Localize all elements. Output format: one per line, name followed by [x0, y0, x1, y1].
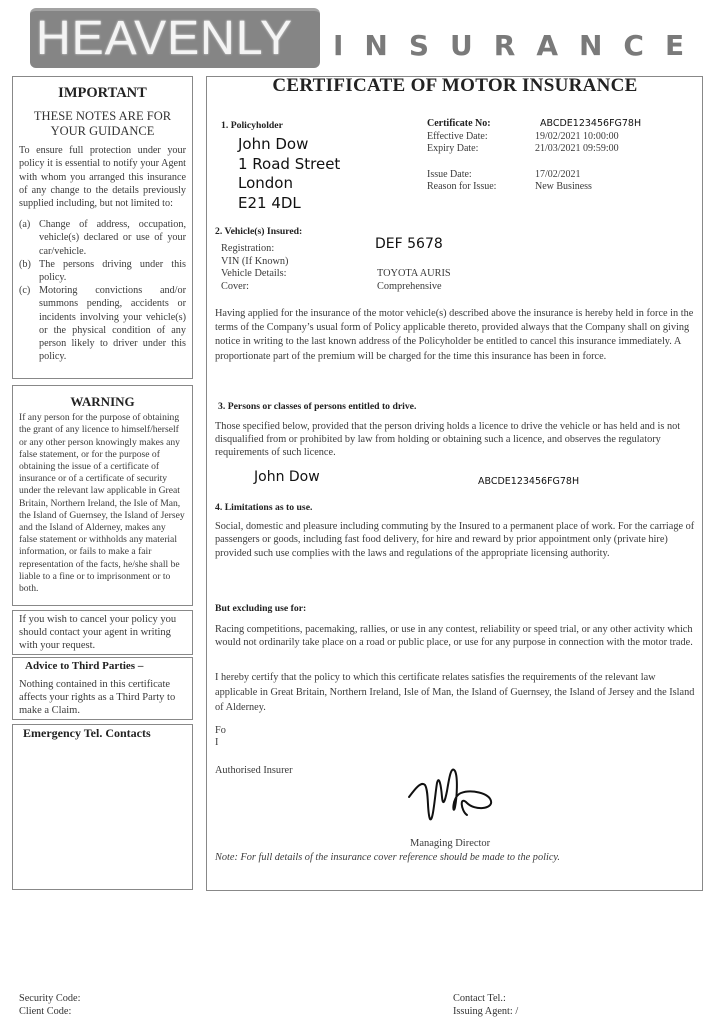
issue-date: 17/02/2021 [535, 169, 581, 182]
emergency-contacts-box: Emergency Tel. Contacts [12, 724, 193, 890]
registration-value: DEF 5678 [375, 237, 443, 251]
driver-name: John Dow [254, 470, 320, 484]
important-subtitle: THESE NOTES ARE FOR YOUR GUIDANCE [19, 109, 186, 139]
address-line-1: 1 Road Street [238, 155, 340, 175]
signatory-title: Managing Director [410, 837, 490, 851]
vehicle-details-label: Vehicle Details: [221, 268, 288, 281]
cancel-policy-box: If you wish to cancel your policy you sh… [12, 610, 193, 655]
warning-box: WARNING If any person for the purpose of… [12, 385, 193, 606]
exclusions-text: Racing competitions, pacemaking, rallies… [215, 623, 697, 650]
certificate-panel: CERTIFICATE OF MOTOR INSURANCE 1. Policy… [206, 76, 703, 891]
note-label: (a) [19, 218, 39, 258]
warning-title: WARNING [19, 395, 186, 408]
insurer-line-1: Fo [215, 725, 226, 737]
expiry-date: 21/03/2021 09:59:00 [535, 143, 619, 156]
certificate-details: Certificate No: ABCDE123456FG78H Effecti… [427, 118, 641, 194]
note-item: (c) Motoring convictions and/or summons … [19, 284, 186, 363]
policy-note: Note: For full details of the insurance … [215, 851, 560, 865]
issuing-agent-value: / [515, 1006, 518, 1017]
client-code-label: Client Code: [19, 1005, 81, 1018]
policyholder-heading: 1. Policyholder [221, 119, 283, 133]
note-text: Change of address, occupation, vehicle(s… [39, 218, 186, 258]
authorised-insurer-label: Authorised Insurer [215, 764, 293, 778]
signature-icon [405, 767, 500, 827]
third-parties-text: Nothing contained in this certificate af… [19, 678, 186, 717]
vehicle-values: TOYOTA AURIS Comprehensive [377, 268, 451, 293]
note-item: (a) Change of address, occupation, vehic… [19, 218, 186, 258]
note-text: Motoring convictions and/or summons pend… [39, 284, 186, 363]
emergency-title: Emergency Tel. Contacts [23, 727, 186, 740]
certificate-no: ABCDE123456FG78H [540, 118, 641, 131]
note-item: (b) The persons driving under this polic… [19, 258, 186, 284]
logo-heavenly: HEAVENLY [36, 14, 316, 64]
issuing-agent-label: Issuing Agent: [453, 1006, 513, 1017]
note-label: (b) [19, 258, 39, 284]
driver-ref: ABCDE123456FG78H [478, 475, 579, 489]
issue-date-label: Issue Date: [427, 169, 535, 182]
issuing-agent-row: Issuing Agent: / [453, 1005, 518, 1018]
vehicle-details-value: TOYOTA AURIS [377, 268, 451, 281]
footer-right: Contact Tel.: Issuing Agent: / [453, 992, 518, 1018]
important-notes-box: IMPORTANT THESE NOTES ARE FOR YOUR GUIDA… [12, 76, 193, 379]
postcode: E21 4DL [238, 194, 340, 214]
address-line-2: London [238, 174, 340, 194]
policyholder-address: John Dow 1 Road Street London E21 4DL [238, 135, 340, 213]
cover-value: Comprehensive [377, 281, 451, 294]
note-label: (c) [19, 284, 39, 363]
certify-text: I hereby certify that the policy to whic… [215, 670, 697, 715]
vehicle-labels: Registration: VIN (If Known) Vehicle Det… [221, 243, 288, 293]
footer-left: Security Code: Client Code: [19, 992, 81, 1018]
insurer-line-2: I [215, 737, 226, 749]
reason: New Business [535, 181, 592, 194]
registration-label: Registration: [221, 243, 288, 256]
applied-text: Having applied for the insurance of the … [215, 307, 697, 364]
effective-date-label: Effective Date: [427, 131, 535, 144]
reason-label: Reason for Issue: [427, 181, 535, 194]
third-parties-title: Advice to Third Parties – [19, 660, 186, 673]
insurer-details: Fo I [215, 725, 226, 749]
limitations-heading: 4. Limitations as to use. [215, 501, 312, 515]
persons-heading: 3. Persons or classes of persons entitle… [218, 400, 416, 414]
warning-text: If any person for the purpose of obtaini… [19, 412, 186, 595]
contact-tel-label: Contact Tel.: [453, 992, 518, 1005]
note-text: The persons driving under this policy. [39, 258, 186, 284]
certificate-no-label: Certificate No: [427, 118, 538, 131]
vin-label: VIN (If Known) [221, 256, 288, 269]
important-title: IMPORTANT [19, 87, 186, 100]
effective-date: 19/02/2021 10:00:00 [535, 131, 619, 144]
exclusions-heading: But excluding use for: [215, 602, 306, 616]
limitations-text: Social, domestic and pleasure including … [215, 520, 697, 560]
important-intro: To ensure full protection under your pol… [19, 144, 186, 210]
third-parties-box: Advice to Third Parties – Nothing contai… [12, 657, 193, 720]
vehicle-heading: 2. Vehicle(s) Insured: [215, 225, 302, 239]
expiry-date-label: Expiry Date: [427, 143, 535, 156]
security-code-label: Security Code: [19, 992, 81, 1005]
certificate-title: CERTIFICATE OF MOTOR INSURANCE [215, 79, 695, 93]
policyholder-name: John Dow [238, 135, 340, 155]
logo-insurance: INSURANCE [333, 28, 705, 64]
persons-text: Those specified below, provided that the… [215, 420, 697, 459]
notes-list: (a) Change of address, occupation, vehic… [19, 218, 186, 363]
cover-label: Cover: [221, 281, 288, 294]
cancel-text: If you wish to cancel your policy you sh… [19, 613, 186, 652]
